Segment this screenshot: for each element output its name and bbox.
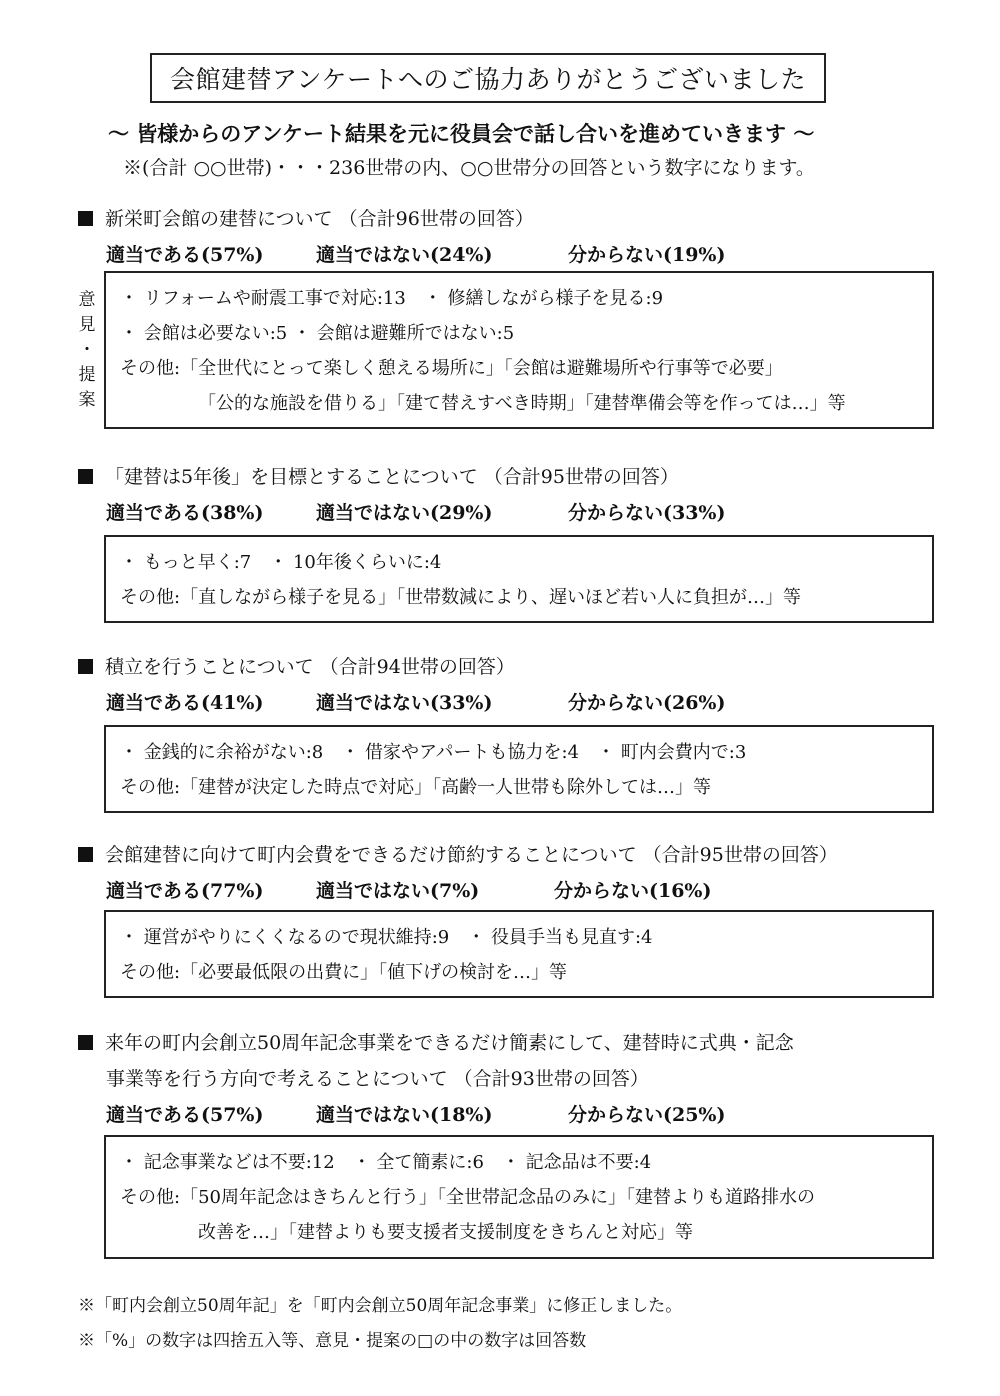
section-5-comments-box: ・ 記念事業などは不要:12 ・ 全て簡素に:6 ・ 記念品は不要:4 その他:… [104,1135,934,1259]
comment-line: ・ リフォームや耐震工事で対応:13 ・ 修繕しながら様子を見る:9 [120,281,918,316]
section-1-heading: 新栄町会館の建替について （合計96世帯の回答） [78,204,534,231]
comment-line: ・ 金銭的に余裕がない:8 ・ 借家やアパートも協力を:4 ・ 町内会費内で:3 [120,735,918,770]
side-label-char: ・ [76,338,98,363]
household-note: ※(合計 ○○世帯)・・・236世帯の内、○○世帯分の回答という数字になります。 [123,153,815,180]
section-5-heading: 来年の町内会創立50周年記念事業をできるだけ簡素にして、建替時に式典・記念 [78,1028,794,1055]
section-3-comments-box: ・ 金銭的に余裕がない:8 ・ 借家やアパートも協力を:4 ・ 町内会費内で:3… [104,725,934,813]
side-label-char: 見 [76,313,98,338]
section-4-heading-text: 会館建替に向けて町内会費をできるだけ節約することについて （合計95世帯の回答） [105,844,838,866]
square-bullet-icon [78,211,93,226]
comment-line: ・ 運営がやりにくくなるので現状維持:9 ・ 役員手当も見直す:4 [120,920,918,955]
result-not-appropriate: 適当ではない(29%) [316,498,568,525]
section-3-heading-text: 積立を行うことについて （合計94世帯の回答） [105,656,515,678]
section-4-results: 適当である(77%)適当ではない(7%)分からない(16%) [106,876,711,903]
section-4-comments-box: ・ 運営がやりにくくなるので現状維持:9 ・ 役員手当も見直す:4 その他:「必… [104,910,934,998]
side-label-char: 提 [76,363,98,388]
comment-line: 改善を…」「建替よりも要支援者支援制度をきちんと対応」等 [120,1215,918,1250]
square-bullet-icon [78,1035,93,1050]
footnote-rounding: ※「%」の数字は四捨五入等、意見・提案の□の中の数字は回答数 [78,1326,586,1351]
section-2-heading: 「建替は5年後」を目標とすることについて （合計95世帯の回答） [78,462,679,489]
comment-line: その他:「50周年記念はきちんと行う」「全世帯記念品のみに」「建替よりも道路排水… [120,1180,918,1215]
result-not-appropriate: 適当ではない(18%) [316,1100,568,1127]
section-1-heading-text: 新栄町会館の建替について （合計96世帯の回答） [105,208,534,230]
result-appropriate: 適当である(57%) [106,1100,316,1127]
comment-line: その他:「全世代にとって楽しく憩える場所に」「会館は避難場所や行事等で必要」 [120,351,918,386]
section-4-heading: 会館建替に向けて町内会費をできるだけ節約することについて （合計95世帯の回答） [78,840,838,867]
square-bullet-icon [78,847,93,862]
comment-line: その他:「必要最低限の出費に」「値下げの検討を…」等 [120,955,918,990]
result-not-appropriate: 適当ではない(7%) [316,876,554,903]
comment-line: ・ もっと早く:7 ・ 10年後くらいに:4 [120,545,918,580]
result-appropriate: 適当である(57%) [106,240,316,267]
result-not-appropriate: 適当ではない(24%) [316,240,568,267]
footnote-correction: ※「町内会創立50周年記」を「町内会創立50周年記念事業」に修正しました。 [78,1291,682,1316]
section-5-heading-cont: 事業等を行う方向で考えることについて （合計93世帯の回答） [106,1064,649,1091]
section-5-heading-text: 来年の町内会創立50周年記念事業をできるだけ簡素にして、建替時に式典・記念 [105,1032,794,1054]
result-appropriate: 適当である(77%) [106,876,316,903]
comment-line: その他:「直しながら様子を見る」「世帯数減により、遅いほど若い人に負担が…」等 [120,580,918,615]
comment-line: その他:「建替が決定した時点で対応」「高齢一人世帯も除外しては…」等 [120,770,918,805]
comment-line: ・ 記念事業などは不要:12 ・ 全て簡素に:6 ・ 記念品は不要:4 [120,1145,918,1180]
side-label-char: 意 [76,288,98,313]
section-3-heading: 積立を行うことについて （合計94世帯の回答） [78,652,515,679]
side-label-char: 案 [76,388,98,413]
section-5-results: 適当である(57%)適当ではない(18%)分からない(25%) [106,1100,725,1127]
result-appropriate: 適当である(41%) [106,688,316,715]
document-subtitle: 〜 皆様からのアンケート結果を元に役員会で話し合いを進めていきます 〜 [108,118,908,148]
comment-line: 「公的な施設を借りる」「建て替えすべき時期」「建替準備会等を作っては…」等 [120,386,918,421]
result-unknown: 分からない(16%) [554,876,711,903]
result-unknown: 分からない(19%) [568,240,725,267]
comment-line: ・ 会館は必要ない:5 ・ 会館は避難所ではない:5 [120,316,918,351]
section-2-comments-box: ・ もっと早く:7 ・ 10年後くらいに:4 その他:「直しながら様子を見る」「… [104,535,934,623]
opinions-proposals-label: 意 見 ・ 提 案 [76,288,98,413]
result-unknown: 分からない(26%) [568,688,725,715]
result-not-appropriate: 適当ではない(33%) [316,688,568,715]
square-bullet-icon [78,469,93,484]
section-2-results: 適当である(38%)適当ではない(29%)分からない(33%) [106,498,725,525]
square-bullet-icon [78,659,93,674]
section-3-results: 適当である(41%)適当ではない(33%)分からない(26%) [106,688,725,715]
result-unknown: 分からない(33%) [568,498,725,525]
document-title: 会館建替アンケートへのご協力ありがとうございました [150,53,826,103]
section-1-comments-box: ・ リフォームや耐震工事で対応:13 ・ 修繕しながら様子を見る:9 ・ 会館は… [104,271,934,429]
section-2-heading-text: 「建替は5年後」を目標とすることについて （合計95世帯の回答） [105,466,679,488]
result-appropriate: 適当である(38%) [106,498,316,525]
result-unknown: 分からない(25%) [568,1100,725,1127]
section-1-results: 適当である(57%)適当ではない(24%)分からない(19%) [106,240,725,267]
